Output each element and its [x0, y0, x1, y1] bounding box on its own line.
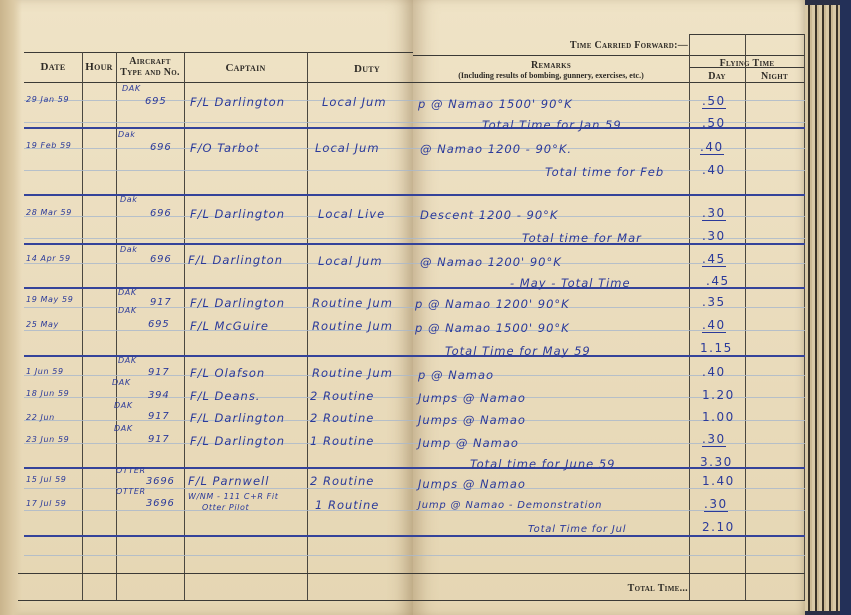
header-date: Date	[24, 62, 82, 73]
entry-captain: F/L Deans.	[190, 389, 260, 403]
header-day: Day	[689, 71, 745, 82]
entry-date: 1 Jun 59	[26, 367, 64, 376]
entry-day-time: .30	[702, 432, 726, 447]
entry-captain: W/NM - 111 C+R Fit	[188, 492, 278, 501]
ruled-line	[24, 100, 805, 101]
entry-aircraft-type: DAK	[118, 356, 137, 365]
entry-aircraft-type: Dak	[120, 195, 138, 204]
month-total-label: Total Time for May 59	[445, 344, 591, 358]
entry-date: 25 May	[26, 320, 59, 329]
month-separator	[24, 355, 805, 357]
month-separator	[24, 243, 805, 245]
entry-aircraft-type: DAK	[122, 84, 141, 93]
entry-remarks: @ Namao 1200 - 90°K.	[420, 142, 572, 156]
right-footer-rule-bottom	[413, 600, 805, 601]
entry-aircraft-no: 3696	[146, 476, 175, 487]
ruled-line	[24, 555, 805, 556]
entry-captain: F/L Darlington	[188, 253, 283, 267]
month-separator	[24, 127, 805, 129]
entry-day-time: .30	[704, 497, 728, 512]
month-total-time: 2.10	[702, 520, 735, 534]
entry-remarks: Jumps @ Namao	[418, 391, 526, 405]
entry-captain-line2: Otter Pilot	[202, 503, 249, 512]
month-total-label: - May - Total Time	[510, 276, 631, 290]
header-night: Night	[745, 71, 804, 82]
header-remarks-sub: (Including results of bombing, gunnery, …	[413, 71, 689, 80]
month-total-time: .50	[702, 116, 726, 130]
entry-remarks: Jump @ Namao	[418, 436, 519, 450]
month-total-label: Total time for June 59	[470, 457, 616, 471]
entry-captain: F/L McGuire	[190, 319, 269, 333]
entry-date: 18 Jun 59	[26, 389, 69, 398]
entry-remarks: @ Namao 1200' 90°K	[420, 255, 562, 269]
binding-edge	[0, 0, 22, 615]
entry-remarks: p @ Namao 1500' 90°K	[418, 97, 573, 111]
entry-remarks: Jump @ Namao - Demonstration	[418, 500, 602, 511]
month-separator	[24, 535, 805, 537]
ruled-line	[24, 238, 805, 239]
entry-captain: F/L Parnwell	[188, 474, 269, 488]
entry-duty: Local Jum	[322, 95, 387, 109]
col-divider-night	[804, 34, 805, 600]
entry-remarks: p @ Namao 1200' 90°K	[415, 297, 570, 311]
entry-aircraft-type: OTTER	[116, 487, 146, 496]
entry-remarks: p @ Namao 1500' 90°K	[415, 321, 570, 335]
entry-aircraft-type: Dak	[120, 245, 138, 254]
entry-duty: 1 Routine	[315, 498, 379, 512]
entry-aircraft-no: 695	[145, 96, 167, 107]
entry-captain: F/L Darlington	[190, 207, 285, 221]
entry-captain: F/L Darlington	[190, 95, 285, 109]
col-divider-date	[82, 52, 83, 600]
ruled-line	[24, 443, 805, 444]
ruled-line	[24, 420, 805, 421]
footer-rule-bottom	[18, 600, 413, 601]
entry-captain: F/O Tarbot	[190, 141, 260, 155]
col-divider-remarks	[689, 34, 690, 600]
header-duty: Duty	[307, 64, 427, 75]
month-total-time: 1.15	[700, 341, 733, 355]
logbook-spread: Date Hour Aircraft Type and No. Captain …	[0, 0, 851, 615]
entry-date: 14 Apr 59	[26, 254, 71, 263]
month-total-time: 3.30	[700, 455, 733, 469]
entry-date: 19 May 59	[26, 295, 73, 304]
header-aircraft: Aircraft	[116, 56, 184, 67]
ruled-line	[24, 510, 805, 511]
month-total-time: .30	[702, 229, 726, 243]
entry-aircraft-type: DAK	[112, 378, 131, 387]
entry-duty: 2 Routine	[310, 474, 374, 488]
entry-date: 15 Jul 59	[26, 475, 67, 484]
entry-aircraft-no: 3696	[146, 498, 175, 509]
ruled-line	[24, 170, 805, 171]
entry-aircraft-no: 696	[150, 254, 172, 265]
col-divider-captain	[307, 52, 308, 600]
entry-aircraft-no: 917	[150, 297, 172, 308]
entry-aircraft-no: 917	[148, 367, 170, 378]
entry-day-time: 1.20	[702, 388, 735, 402]
header-captain: Captain	[184, 63, 307, 74]
entry-duty: Routine Jum	[312, 366, 393, 380]
entry-duty: Local Jum	[315, 141, 380, 155]
entry-duty: Routine Jum	[312, 319, 393, 333]
entry-duty: 2 Routine	[310, 389, 374, 403]
header-aircraft-type-no: Type and No.	[116, 67, 184, 78]
entry-day-time: 1.00	[702, 410, 735, 424]
page-stack-edges	[805, 5, 845, 611]
ruled-line	[24, 148, 805, 149]
ruled-line	[24, 216, 805, 217]
entry-aircraft-type: OTTER	[116, 466, 146, 475]
entry-day-time: .40	[702, 318, 726, 333]
right-header-top-rule	[413, 55, 805, 56]
entry-date: 23 Jun 59	[26, 435, 69, 444]
entry-day-time: .35	[702, 295, 726, 309]
month-separator	[24, 287, 805, 289]
col-divider-aircraft	[184, 52, 185, 600]
entry-aircraft-no: 695	[148, 319, 170, 330]
right-header-bottom-rule	[413, 82, 805, 83]
entry-aircraft-no: 696	[150, 208, 172, 219]
month-total-label: Total Time for Jan 59	[482, 118, 622, 132]
col-divider-day	[745, 34, 746, 600]
entry-captain: F/L Darlington	[190, 296, 285, 310]
entry-day-time: 1.40	[702, 474, 735, 488]
entry-remarks: Descent 1200 - 90°K	[420, 208, 558, 222]
month-total-label: Total Time for Jul	[528, 524, 626, 535]
month-total-label: Total time for Feb	[545, 165, 664, 179]
entry-captain: F/L Darlington	[190, 434, 285, 448]
month-total-time: .40	[702, 163, 726, 177]
entry-day-time: .40	[700, 140, 724, 155]
month-total-time: .45	[706, 274, 730, 288]
header-hour: Hour	[82, 62, 116, 73]
entry-date: 29 Jan 59	[26, 95, 69, 104]
entry-day-time: .50	[702, 94, 726, 109]
entry-duty: Routine Jum	[312, 296, 393, 310]
entry-aircraft-no: 917	[148, 434, 170, 445]
entry-date: 19 Feb 59	[26, 141, 71, 150]
entry-aircraft-type: DAK	[118, 288, 137, 297]
total-time-label: Total Time...	[520, 583, 688, 594]
entry-aircraft-type: Dak	[118, 130, 136, 139]
time-carried-forward-label: Time Carried Forward:—	[520, 40, 688, 51]
book-cover-edge	[840, 0, 851, 615]
ruled-line	[24, 263, 805, 264]
entry-aircraft-no: 394	[148, 390, 170, 401]
entry-captain: F/L Darlington	[190, 411, 285, 425]
entry-remarks: Jumps @ Namao	[418, 413, 526, 427]
entry-day-time: .30	[702, 206, 726, 221]
entry-captain: F/L Olafson	[190, 366, 265, 380]
entry-remarks: p @ Namao	[418, 368, 494, 382]
entry-aircraft-type: DAK	[118, 306, 137, 315]
ruled-line	[24, 397, 805, 398]
entry-date: 22 Jun	[26, 413, 55, 422]
entry-date: 28 Mar 59	[26, 208, 72, 217]
header-remarks: Remarks	[413, 60, 689, 71]
ruled-line	[24, 122, 805, 123]
entry-duty: 2 Routine	[310, 411, 374, 425]
entry-duty: Local Live	[318, 207, 385, 221]
entry-aircraft-type: DAK	[114, 424, 133, 433]
entry-aircraft-no: 917	[148, 411, 170, 422]
entry-aircraft-type: DAK	[114, 401, 133, 410]
footer-rule-top	[18, 573, 413, 574]
right-footer-rule-top	[413, 573, 805, 574]
header-flying-time: Flying Time	[689, 58, 805, 69]
entry-remarks: Jumps @ Namao	[418, 477, 526, 491]
entry-duty: 1 Routine	[310, 434, 374, 448]
month-separator	[24, 194, 805, 196]
entry-day-time: .45	[702, 252, 726, 267]
entry-day-time: .40	[702, 365, 726, 379]
entry-aircraft-no: 696	[150, 142, 172, 153]
month-total-label: Total time for Mar	[522, 231, 642, 245]
entry-duty: Local Jum	[318, 254, 383, 268]
entry-date: 17 Jul 59	[26, 499, 67, 508]
col-divider-hour	[116, 52, 117, 600]
ruled-line	[24, 375, 805, 376]
carried-forward-box-top	[689, 34, 805, 35]
